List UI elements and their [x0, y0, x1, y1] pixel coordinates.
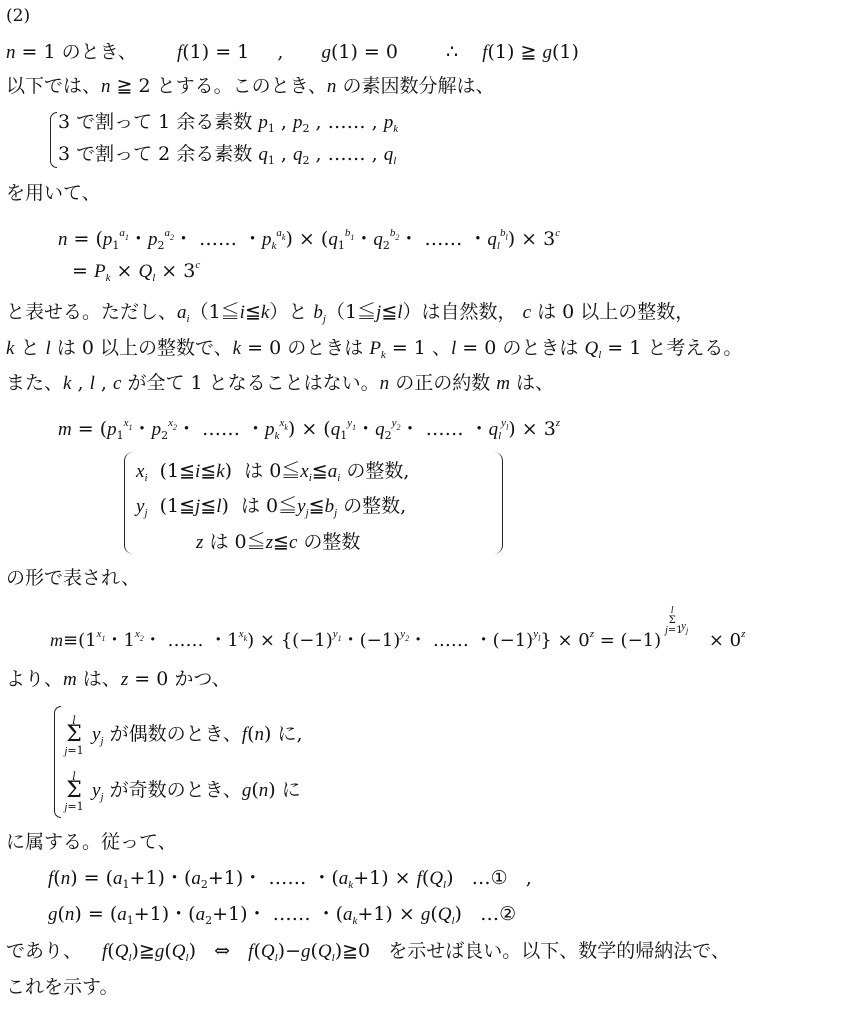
math-g: g: [321, 42, 331, 63]
text: の整数,: [346, 460, 409, 482]
ellipsis: ……: [202, 418, 240, 440]
text: また、: [6, 372, 63, 394]
text: は 0 以上の整数で、: [57, 337, 233, 359]
ellipsis: ……: [328, 111, 366, 133]
m-expansion-equation: m = (p1x1・p2x2・ …… ・pkxk) × (q1y1・q2y2・ …: [58, 417, 560, 442]
text: と: [20, 337, 39, 359]
belongs-line: に属する。従って、: [6, 830, 177, 854]
text: 、: [432, 337, 451, 359]
equation-tag-1: …①: [472, 867, 508, 889]
condition-line-1: と表せる。ただし、ai（1≦i≦k）と bj（1≦j≦l）は自然数， c は 0…: [6, 300, 694, 325]
n-expansion-equation: n = (p1a1・p2a2・ …… ・pkak) × (q1b1・q2b2・ …: [58, 227, 560, 252]
g-n-equation: g(n) = (a1+1)・(a2+1)・ …… ・(ak+1) × g(Ql)…: [48, 902, 516, 927]
text: が奇数のとき、: [110, 779, 242, 801]
ellipsis: ……: [168, 630, 204, 651]
ellipsis: ……: [328, 143, 366, 165]
thus-m-line: より、m は、z = 0 かつ、: [6, 667, 231, 692]
text: は、: [516, 372, 554, 394]
case-even-line: lΣj=1 yj が偶数のとき、f(n) に,: [62, 722, 303, 747]
text: のときは: [287, 337, 363, 359]
goal-line: であり、f(Ql)≧g(Ql) ⇔ f(Ql)−g(Ql)≧0 を示せば良い。以…: [6, 939, 730, 964]
text: 3 で割って 2 余る素数: [58, 143, 252, 165]
ellipsis: ……: [268, 867, 306, 889]
text: は 0 以上の整数，: [537, 301, 694, 323]
ellipsis: ……: [199, 228, 237, 250]
equation-tag-2: …②: [480, 903, 516, 925]
section-label: (2): [6, 4, 30, 28]
text: の整数: [303, 531, 360, 553]
text: と: [288, 301, 307, 323]
text: に: [282, 779, 301, 801]
ellipsis: ……: [273, 903, 311, 925]
case-p-line: 3 で割って 1 余る素数 p1 , p2 , …… , pk: [58, 110, 398, 135]
left-brace: [50, 112, 57, 168]
f-n-equation: f(n) = (a1+1)・(a2+1)・ …… ・(ak+1) × f(Ql)…: [48, 866, 532, 891]
intro-line: 以下では、n ≧ 2 とする。このとき、n の素因数分解は、: [6, 74, 494, 99]
text: が偶数のとき、: [110, 723, 242, 745]
text: のときは: [502, 337, 578, 359]
text: と表せる。ただし、: [6, 301, 177, 323]
text: 以下では、: [6, 75, 101, 97]
case-odd-line: lΣj=1 yj が奇数のとき、g(n) に: [62, 778, 301, 803]
right-paren: [494, 452, 503, 554]
text: のとき、: [62, 41, 137, 63]
text: 3 で割って 1 余る素数: [58, 111, 252, 133]
text: より、: [6, 668, 63, 690]
text: は: [241, 495, 260, 517]
condition-line-2: k と l は 0 以上の整数で、k = 0 のときは Pk = 1 、l = …: [6, 336, 742, 361]
m-congruence-equation: m≡(1x1・1x2・ …… ・1xk) × {(−1)y1・(−1)y2・ ……: [50, 628, 745, 653]
text: とする。このとき、: [157, 75, 327, 97]
sum-symbol: lΣj=1: [62, 723, 86, 747]
text: に,: [278, 723, 303, 745]
range-y-line: yj (1≦j≦l) は 0≦yj≦bj の整数,: [136, 494, 406, 519]
left-paren: [124, 452, 133, 554]
text: は: [209, 531, 228, 553]
ellipsis: ……: [426, 418, 464, 440]
text: の素因数分解は、: [342, 75, 494, 97]
condition-line-3: また、k , l , c が全て 1 となることはない。n の正の約数 m は、: [6, 371, 554, 396]
base-case-line: n = 1 のとき、 f(1) = 1 , g(1) = 0 ∴ f(1) ≧ …: [6, 40, 579, 65]
therefore-symbol: ∴: [446, 41, 458, 63]
form-line: の形で表され、: [6, 566, 140, 590]
range-x-line: xi (1≦i≦k) は 0≦xi≦ai の整数,: [136, 459, 409, 484]
ellipsis: ……: [433, 630, 469, 651]
text: が全て 1 となることはない。: [127, 372, 379, 394]
case-q-line: 3 で割って 2 余る素数 q1 , q2 , …… , ql: [58, 142, 396, 167]
n-short-equation: = Pk × Ql × 3c: [72, 259, 200, 284]
text: は: [244, 460, 263, 482]
text: の整数,: [343, 495, 406, 517]
sum-symbol: lΣj=1: [62, 779, 86, 803]
text: は自然数，: [422, 301, 517, 323]
text: を示せば良い。以下、数学的帰納法で、: [388, 940, 730, 962]
text: と考える。: [647, 337, 742, 359]
text: であり、: [6, 940, 82, 962]
math-f: f: [177, 42, 182, 63]
using-line: を用いて、: [6, 181, 101, 205]
ellipsis: ……: [424, 228, 462, 250]
text: かつ、: [174, 668, 230, 690]
closing-line: これを示す。: [6, 975, 118, 999]
text: の正の約数: [395, 372, 490, 394]
text: は、: [83, 668, 121, 690]
range-z-line: z は 0≦z≦c の整数: [196, 530, 360, 555]
